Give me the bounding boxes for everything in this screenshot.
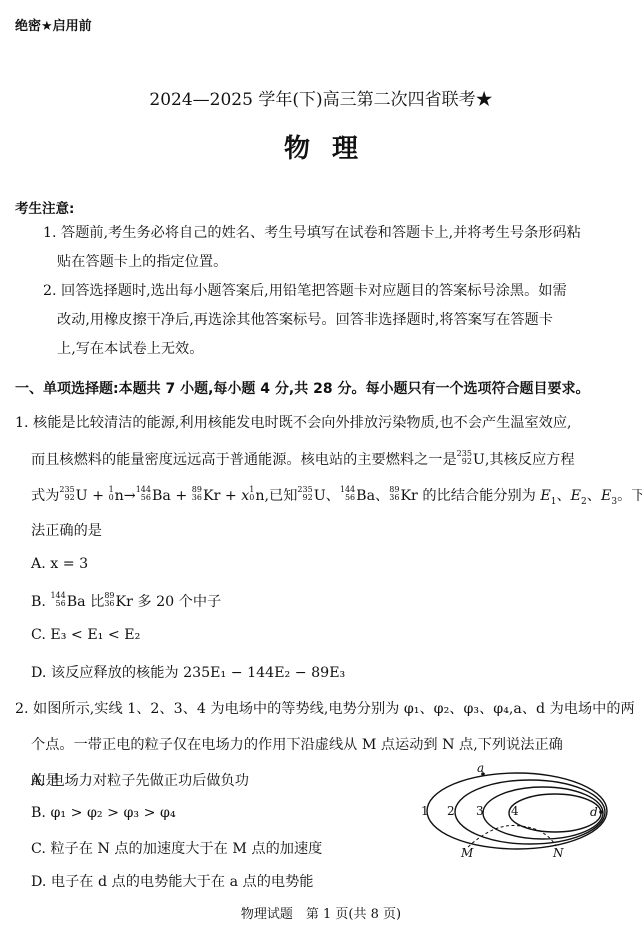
- q1-option-c[interactable]: C. E₃ < E₁ < E₂: [31, 627, 140, 643]
- nuclide-kr89: 8936Kr: [192, 488, 221, 504]
- secret-mark: 绝密★启用前: [15, 15, 92, 34]
- notice-item-2-line-1: 2. 回答选择题时,选出每小题答案后,用铅笔把答题卡对应题目的答案标号涂黑。如需: [43, 280, 567, 300]
- notice-item-2-line-2: 改动,用橡皮擦干净后,再选涂其他答案标号。回答非选择题时,将答案写在答题卡: [57, 309, 553, 329]
- nuclide-u235: 23592U: [297, 488, 325, 504]
- q1-line-4: 法正确的是: [31, 520, 102, 540]
- nuclide-neutron: 10n: [109, 488, 124, 504]
- q1-line-2: 而且核燃料的能量密度远远高于普通能源。核电站的主要燃料之一是23592U,其核反…: [31, 449, 575, 469]
- q1-text: 而且核燃料的能量密度远远高于普通能源。核电站的主要燃料之一是: [31, 452, 457, 468]
- nuclide-kr89: 8936Kr: [104, 594, 133, 610]
- q2-line-1: 2. 如图所示,实线 1、2、3、4 为电场中的等势线,电势分别为 φ₁、φ₂、…: [15, 698, 635, 718]
- nuclide-ba144: 14456Ba: [136, 488, 171, 504]
- label-line-3: 3: [476, 804, 484, 818]
- label-line-2: 2: [447, 804, 455, 818]
- q2-option-c-line[interactable]: C. 粒子在 N 点的加速度大于在 M 点的加速度: [31, 838, 322, 858]
- label-line-1: 1: [421, 804, 429, 818]
- q1-line-1: 1. 核能是比较清洁的能源,利用核能发电时既不会向外排放污染物质,也不会产生温室…: [15, 412, 572, 432]
- label-line-4: 4: [511, 804, 519, 818]
- q1-option-d[interactable]: D. 该反应释放的核能为 235E₁ − 144E₂ − 89E₃: [31, 662, 345, 682]
- label-point-N: N: [552, 846, 564, 860]
- notice-item-1-line-1: 1. 答题前,考生务必将自己的姓名、考生号填写在试卷和答题卡上,并将考生号条形码…: [43, 222, 581, 242]
- notice-item-2-line-3: 上,写在本试卷上无效。: [57, 338, 203, 358]
- q2-option-d-line[interactable]: D. 电子在 d 点的电势能大于在 a 点的电势能: [31, 871, 313, 891]
- label-point-d: d: [590, 805, 598, 819]
- point-d-dot: [599, 810, 603, 814]
- label-point-a: a: [477, 761, 484, 775]
- nuclide-u235: 23592U: [59, 488, 87, 504]
- nuclide-u235: 23592U: [457, 452, 485, 468]
- q1-option-a[interactable]: A. x = 3: [31, 556, 88, 572]
- nuclide-neutron: 10n: [249, 488, 264, 504]
- subject-title: 物理: [0, 128, 642, 165]
- q2-option-b-line[interactable]: B. φ₁ > φ₂ > φ₃ > φ₄: [31, 805, 176, 821]
- exam-title: 2024—2025 学年(下)高三第二次四省联考★: [0, 85, 642, 110]
- nuclide-kr89: 8936Kr: [389, 488, 418, 504]
- q2-option-a-line[interactable]: A. 电场力对粒子先做正功后做负功: [31, 770, 249, 790]
- q1-line-3: 式为23592U + 10n→14456Ba + 8936Kr + x10n,已…: [31, 485, 642, 507]
- page-footer: 物理试题 第 1 页(共 8 页): [0, 903, 642, 922]
- equipotential-diagram: 1 2 3 4 a d M N: [400, 760, 630, 875]
- notice-item-1-line-2: 贴在答题卡上的指定位置。: [57, 251, 227, 271]
- label-point-M: M: [460, 846, 474, 860]
- q1-text: ,其核反应方程: [485, 452, 575, 468]
- nuclide-ba144: 14456Ba: [50, 594, 85, 610]
- nuclide-ba144: 14456Ba: [340, 488, 375, 504]
- q1-option-b[interactable]: B. 14456Ba 比8936Kr 多 20 个中子: [31, 591, 221, 611]
- section-heading: 一、单项选择题:本题共 7 小题,每小题 4 分,共 28 分。每小题只有一个选…: [15, 378, 589, 398]
- q2-line-2: 个点。一带正电的粒子仅在电场力的作用下沿虚线从 M 点运动到 N 点,下列说法正…: [31, 734, 563, 754]
- notice-heading: 考生注意:: [15, 197, 74, 217]
